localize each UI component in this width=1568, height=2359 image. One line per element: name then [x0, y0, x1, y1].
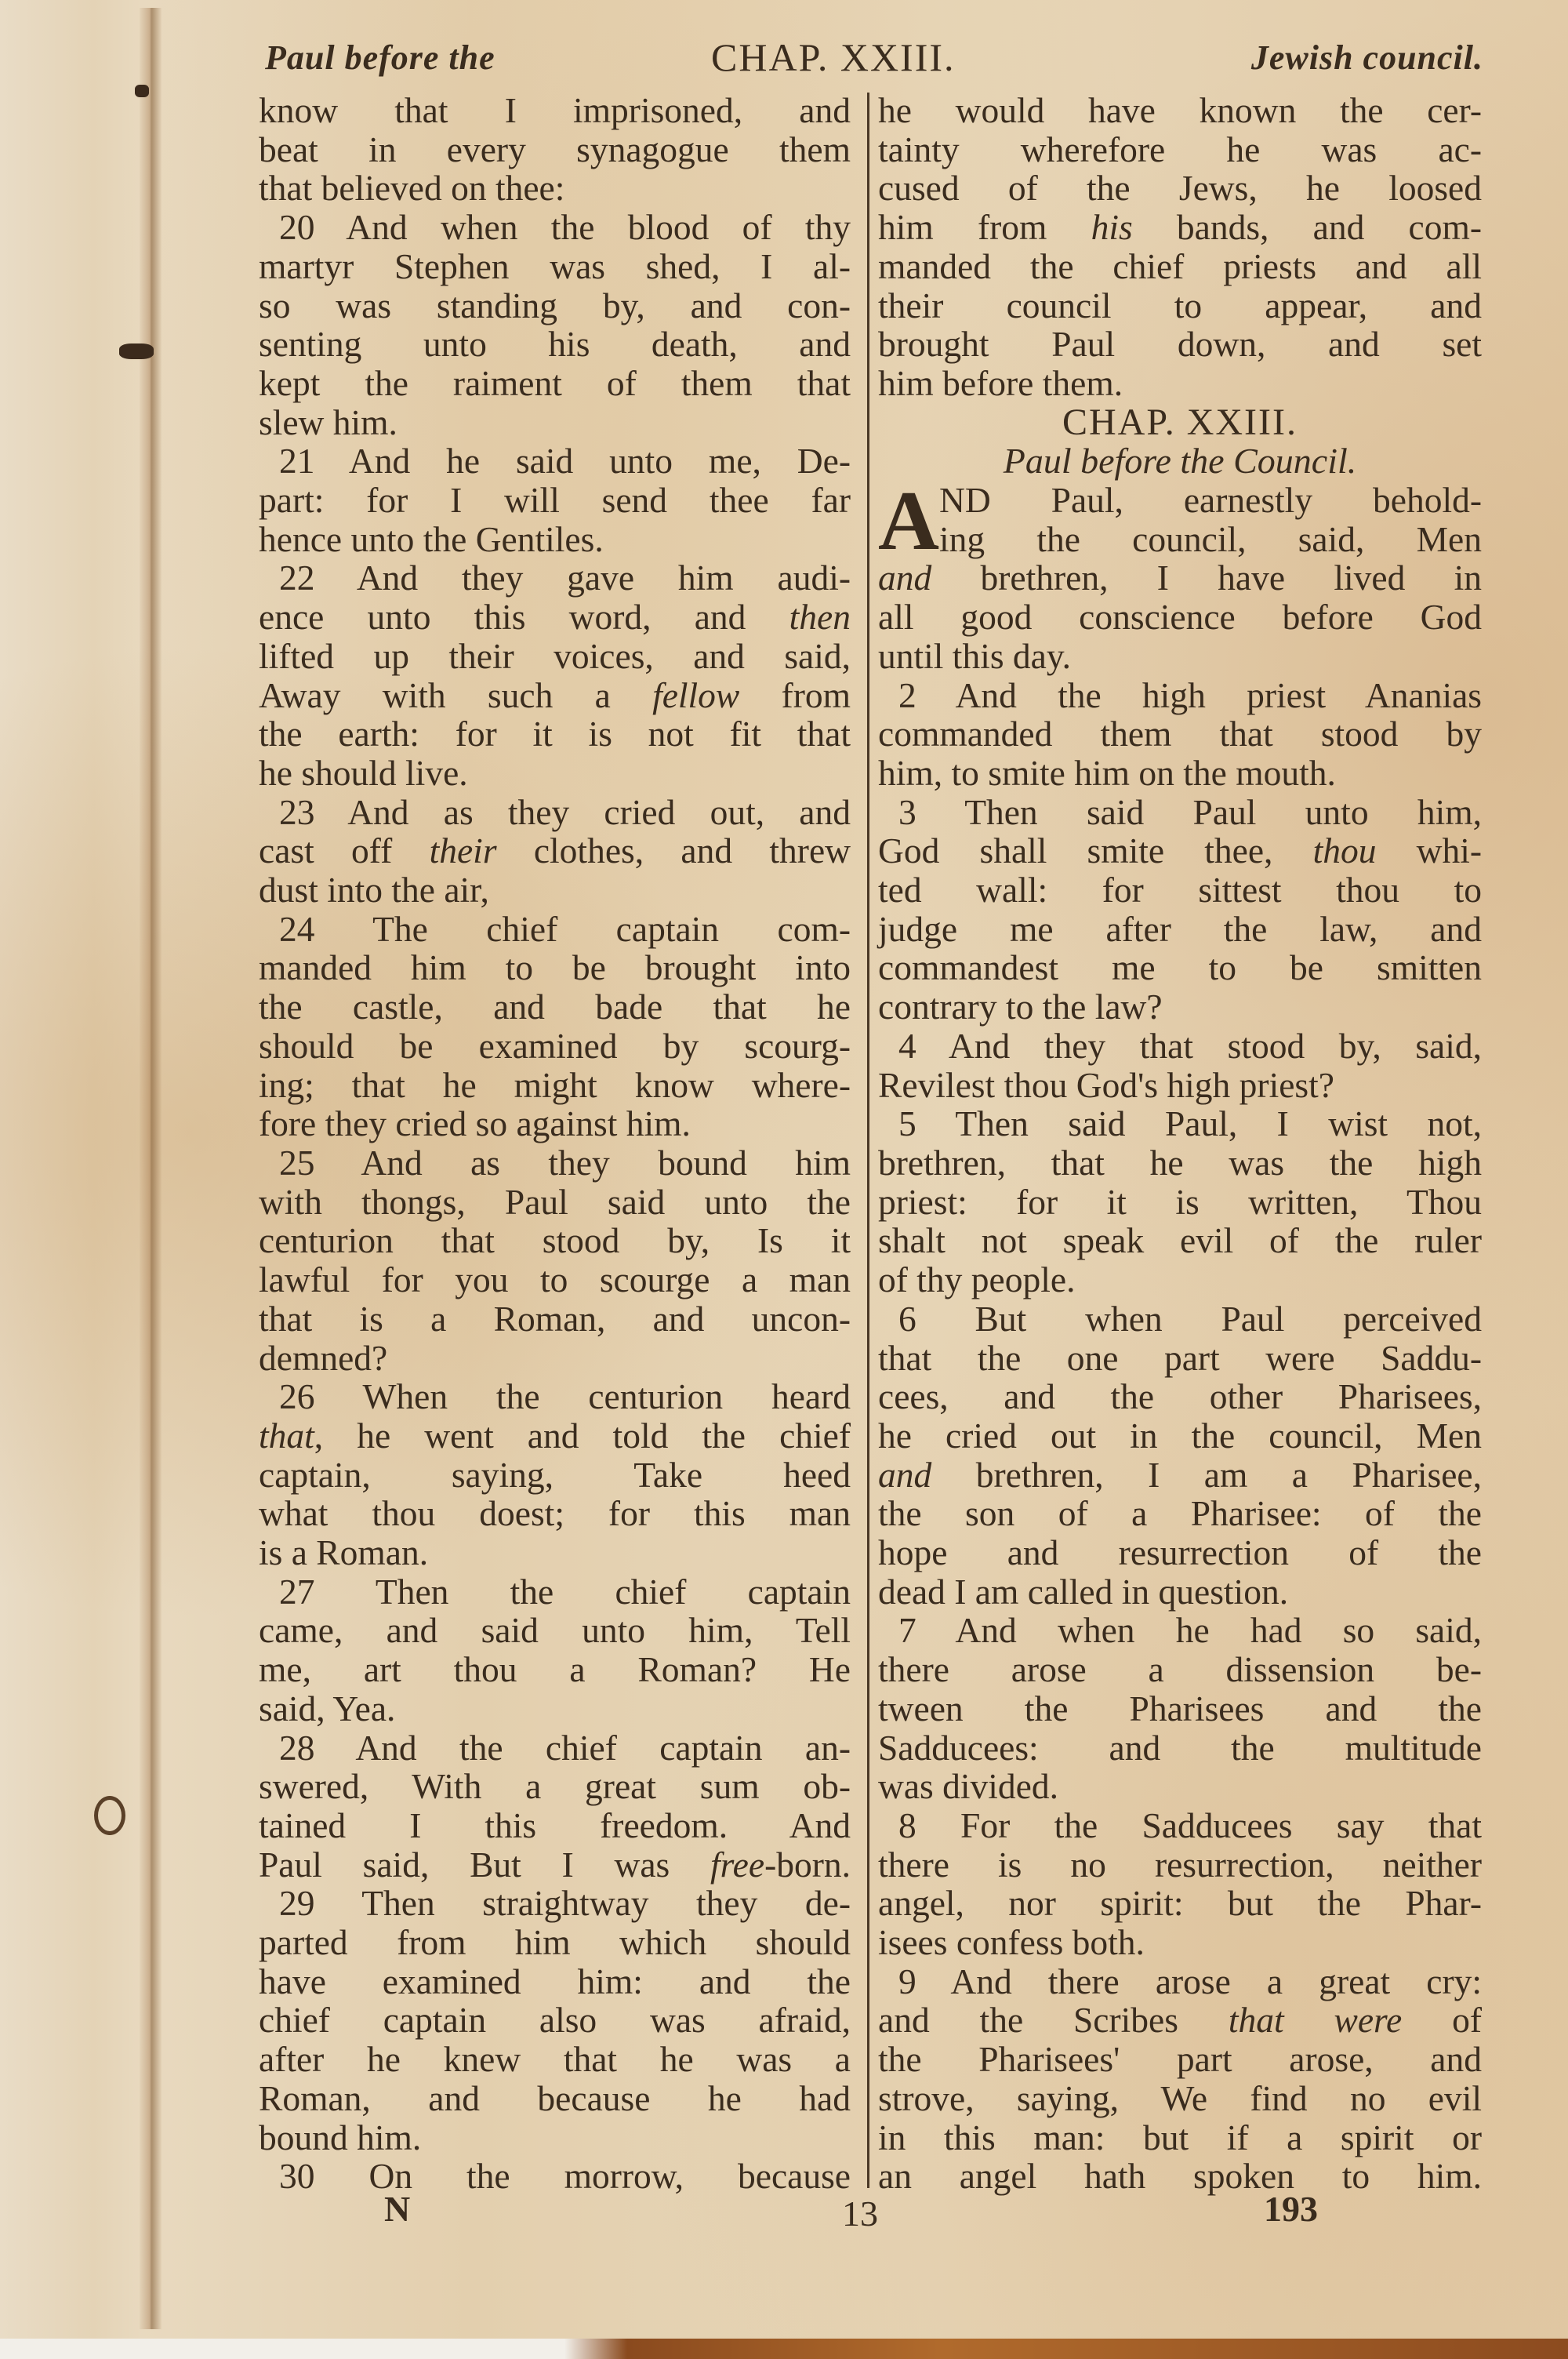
page-edge [0, 2339, 1568, 2359]
drop-cap: A [878, 482, 939, 561]
text-line: Revilest thou God's high priest? [878, 1066, 1482, 1105]
text-line: was divided. [878, 1767, 1482, 1806]
text-line: 7 And when he had so said, [878, 1611, 1482, 1650]
text-line: 29 Then straightway they de- [259, 1884, 851, 1923]
text-line: demned? [259, 1339, 851, 1378]
page-number: 193 [1264, 2188, 1318, 2230]
text-line: 8 For the Sadducees say that [878, 1806, 1482, 1845]
text-line: cees, and the other Pharisees, [878, 1377, 1482, 1416]
text-line: he should live. [259, 754, 851, 793]
running-head-chapter: CHAP. XXIII. [711, 35, 956, 80]
text-line: judge me after the law, and [878, 910, 1482, 949]
text-line: he cried out in the council, Men [878, 1416, 1482, 1456]
text-line: manded him to be brought into [259, 948, 851, 987]
text-line: parted from him which should [259, 1923, 851, 1962]
text-line: part: for I will send thee far [259, 481, 851, 520]
text-line: came, and said unto him, Tell [259, 1611, 851, 1650]
text-line: brought Paul down, and set [878, 325, 1482, 364]
text-line: manded the chief priests and all [878, 247, 1482, 286]
text-line: dust into the air, [259, 871, 851, 910]
text-line: said, Yea. [259, 1689, 851, 1728]
text-line: he would have known the cer- [878, 91, 1482, 130]
text-line: strove, saying, We find no evil [878, 2079, 1482, 2118]
text-line: lawful for you to scourge a man [259, 1260, 851, 1299]
text-line: know that I imprisoned, and [259, 91, 851, 130]
text-line: the castle, and bade that he [259, 987, 851, 1027]
running-head-left: Paul before the [265, 38, 495, 78]
text-line: that, he went and told the chief [259, 1416, 851, 1456]
signature-mark: N [384, 2188, 410, 2230]
text-line: 9 And there arose a great cry: [878, 1962, 1482, 2001]
text-line: Roman, and because he had [259, 2079, 851, 2118]
text-line: until this day. [878, 637, 1482, 676]
text-line: 24 The chief captain com- [259, 910, 851, 949]
text-line: Away with such a fellow from [259, 676, 851, 715]
gathering-number: 13 [842, 2193, 878, 2234]
stitch-hole [94, 1796, 125, 1835]
text-line: bound him. [259, 2118, 851, 2157]
text-line: hence unto the Gentiles. [259, 520, 851, 559]
text-line: 21 And he said unto me, De- [259, 442, 851, 481]
text-line: hope and resurrection of the [878, 1533, 1482, 1572]
text-line: me, art thou a Roman? He [259, 1650, 851, 1689]
text-line: Paul said, But I was free-born. [259, 1845, 851, 1885]
right-column-continuation: he would have known the cer-tainty where… [878, 91, 1482, 403]
text-line: brethren, that he was the high [878, 1143, 1482, 1183]
chapter-heading: CHAP. XXIII. [878, 403, 1482, 442]
chapter-subheading: Paul before the Council. [878, 442, 1482, 481]
text-line: of thy people. [878, 1260, 1482, 1299]
stitch-hole [119, 343, 154, 359]
text-line: isees confess both. [878, 1923, 1482, 1962]
text-line: captain, saying, Take heed [259, 1456, 851, 1495]
text-line: in this man: but if a spirit or [878, 2118, 1482, 2157]
text-line: 5 Then said Paul, I wist not, [878, 1104, 1482, 1143]
text-line: centurion that stood by, Is it [259, 1221, 851, 1260]
running-head-right: Jewish council. [1251, 38, 1483, 78]
text-line: the son of a Pharisee: of the [878, 1494, 1482, 1533]
text-line: kept the raiment of them that [259, 364, 851, 403]
text-line: that is a Roman, and uncon- [259, 1299, 851, 1339]
text-line: 28 And the chief captain an- [259, 1728, 851, 1768]
running-header: Paul before the CHAP. XXIII. Jewish coun… [260, 38, 1483, 93]
text-line: ND Paul, earnestly behold- [878, 481, 1482, 520]
text-line: Sadducees: and the multitude [878, 1728, 1482, 1768]
text-line: shalt not speak evil of the ruler [878, 1221, 1482, 1260]
text-line: 23 And as they cried out, and [259, 793, 851, 832]
text-line: there arose a dissension be- [878, 1650, 1482, 1689]
text-line: 4 And they that stood by, said, [878, 1027, 1482, 1066]
text-line: lifted up their voices, and said, [259, 637, 851, 676]
column-rule [867, 93, 869, 2188]
text-line: tained I this freedom. And [259, 1806, 851, 1845]
text-line: fore they cried so against him. [259, 1104, 851, 1143]
text-line: have examined him: and the [259, 1962, 851, 2001]
text-line: the Pharisees' part arose, and [878, 2040, 1482, 2079]
text-line: slew him. [259, 403, 851, 442]
text-line: tainty wherefore he was ac- [878, 130, 1482, 169]
text-line: 20 And when the blood of thy [259, 208, 851, 247]
text-line: martyr Stephen was shed, I al- [259, 247, 851, 286]
stitch-hole [135, 85, 149, 97]
text-line: ing the council, said, Men [878, 520, 1482, 559]
book-page: Paul before the CHAP. XXIII. Jewish coun… [0, 0, 1568, 2359]
text-line: and the Scribes that were of [878, 2001, 1482, 2040]
text-line: after he knew that he was a [259, 2040, 851, 2079]
right-column-verses: and brethren, I have lived inall good co… [878, 558, 1482, 2196]
text-line: commandest me to be smitten [878, 948, 1482, 987]
text-line: chief captain also was afraid, [259, 2001, 851, 2040]
text-line: commanded them that stood by [878, 714, 1482, 754]
text-line: angel, nor spirit: but the Phar- [878, 1884, 1482, 1923]
text-line: cast off their clothes, and threw [259, 831, 851, 871]
text-line: 22 And they gave him audi- [259, 558, 851, 598]
text-line: 25 And as they bound him [259, 1143, 851, 1183]
text-line: 2 And the high priest Ananias [878, 676, 1482, 715]
text-line: with thongs, Paul said unto the [259, 1183, 851, 1222]
chapter-opening: A ND Paul, earnestly behold-ing the coun… [878, 481, 1482, 558]
text-line: what thou doest; for this man [259, 1494, 851, 1533]
text-line: ing; that he might know where- [259, 1066, 851, 1105]
text-line: and brethren, I am a Pharisee, [878, 1456, 1482, 1495]
text-line: beat in every synagogue them [259, 130, 851, 169]
text-line: ted wall: for sittest thou to [878, 871, 1482, 910]
text-line: swered, With a great sum ob- [259, 1767, 851, 1806]
text-line: should be examined by scourg- [259, 1027, 851, 1066]
left-column: know that I imprisoned, andbeat in every… [259, 91, 851, 2196]
text-line: contrary to the law? [878, 987, 1482, 1027]
text-line: ence unto this word, and then [259, 598, 851, 637]
text-line: that the one part were Saddu- [878, 1339, 1482, 1378]
text-line: senting unto his death, and [259, 325, 851, 364]
text-line: him from his bands, and com- [878, 208, 1482, 247]
text-line: so was standing by, and con- [259, 286, 851, 325]
text-line: him, to smite him on the mouth. [878, 754, 1482, 793]
text-line: him before them. [878, 364, 1482, 403]
text-line: all good conscience before God [878, 598, 1482, 637]
text-line: that believed on thee: [259, 169, 851, 208]
text-line: God shall smite thee, thou whi- [878, 831, 1482, 871]
text-line: 6 But when Paul perceived [878, 1299, 1482, 1339]
text-line: their council to appear, and [878, 286, 1482, 325]
right-column: he would have known the cer-tainty where… [878, 91, 1482, 2196]
drop-cap-lines: ND Paul, earnestly behold-ing the counci… [878, 481, 1482, 558]
text-line: the earth: for it is not fit that [259, 714, 851, 754]
text-line: 27 Then the chief captain [259, 1572, 851, 1612]
text-line: 3 Then said Paul unto him, [878, 793, 1482, 832]
text-line: and brethren, I have lived in [878, 558, 1482, 598]
text-line: there is no resurrection, neither [878, 1845, 1482, 1885]
text-line: cused of the Jews, he loosed [878, 169, 1482, 208]
text-line: 26 When the centurion heard [259, 1377, 851, 1416]
text-line: dead I am called in question. [878, 1572, 1482, 1612]
text-line: tween the Pharisees and the [878, 1689, 1482, 1728]
page-footer: N 13 193 [259, 2188, 1482, 2235]
text-line: priest: for it is written, Thou [878, 1183, 1482, 1222]
text-line: is a Roman. [259, 1533, 851, 1572]
